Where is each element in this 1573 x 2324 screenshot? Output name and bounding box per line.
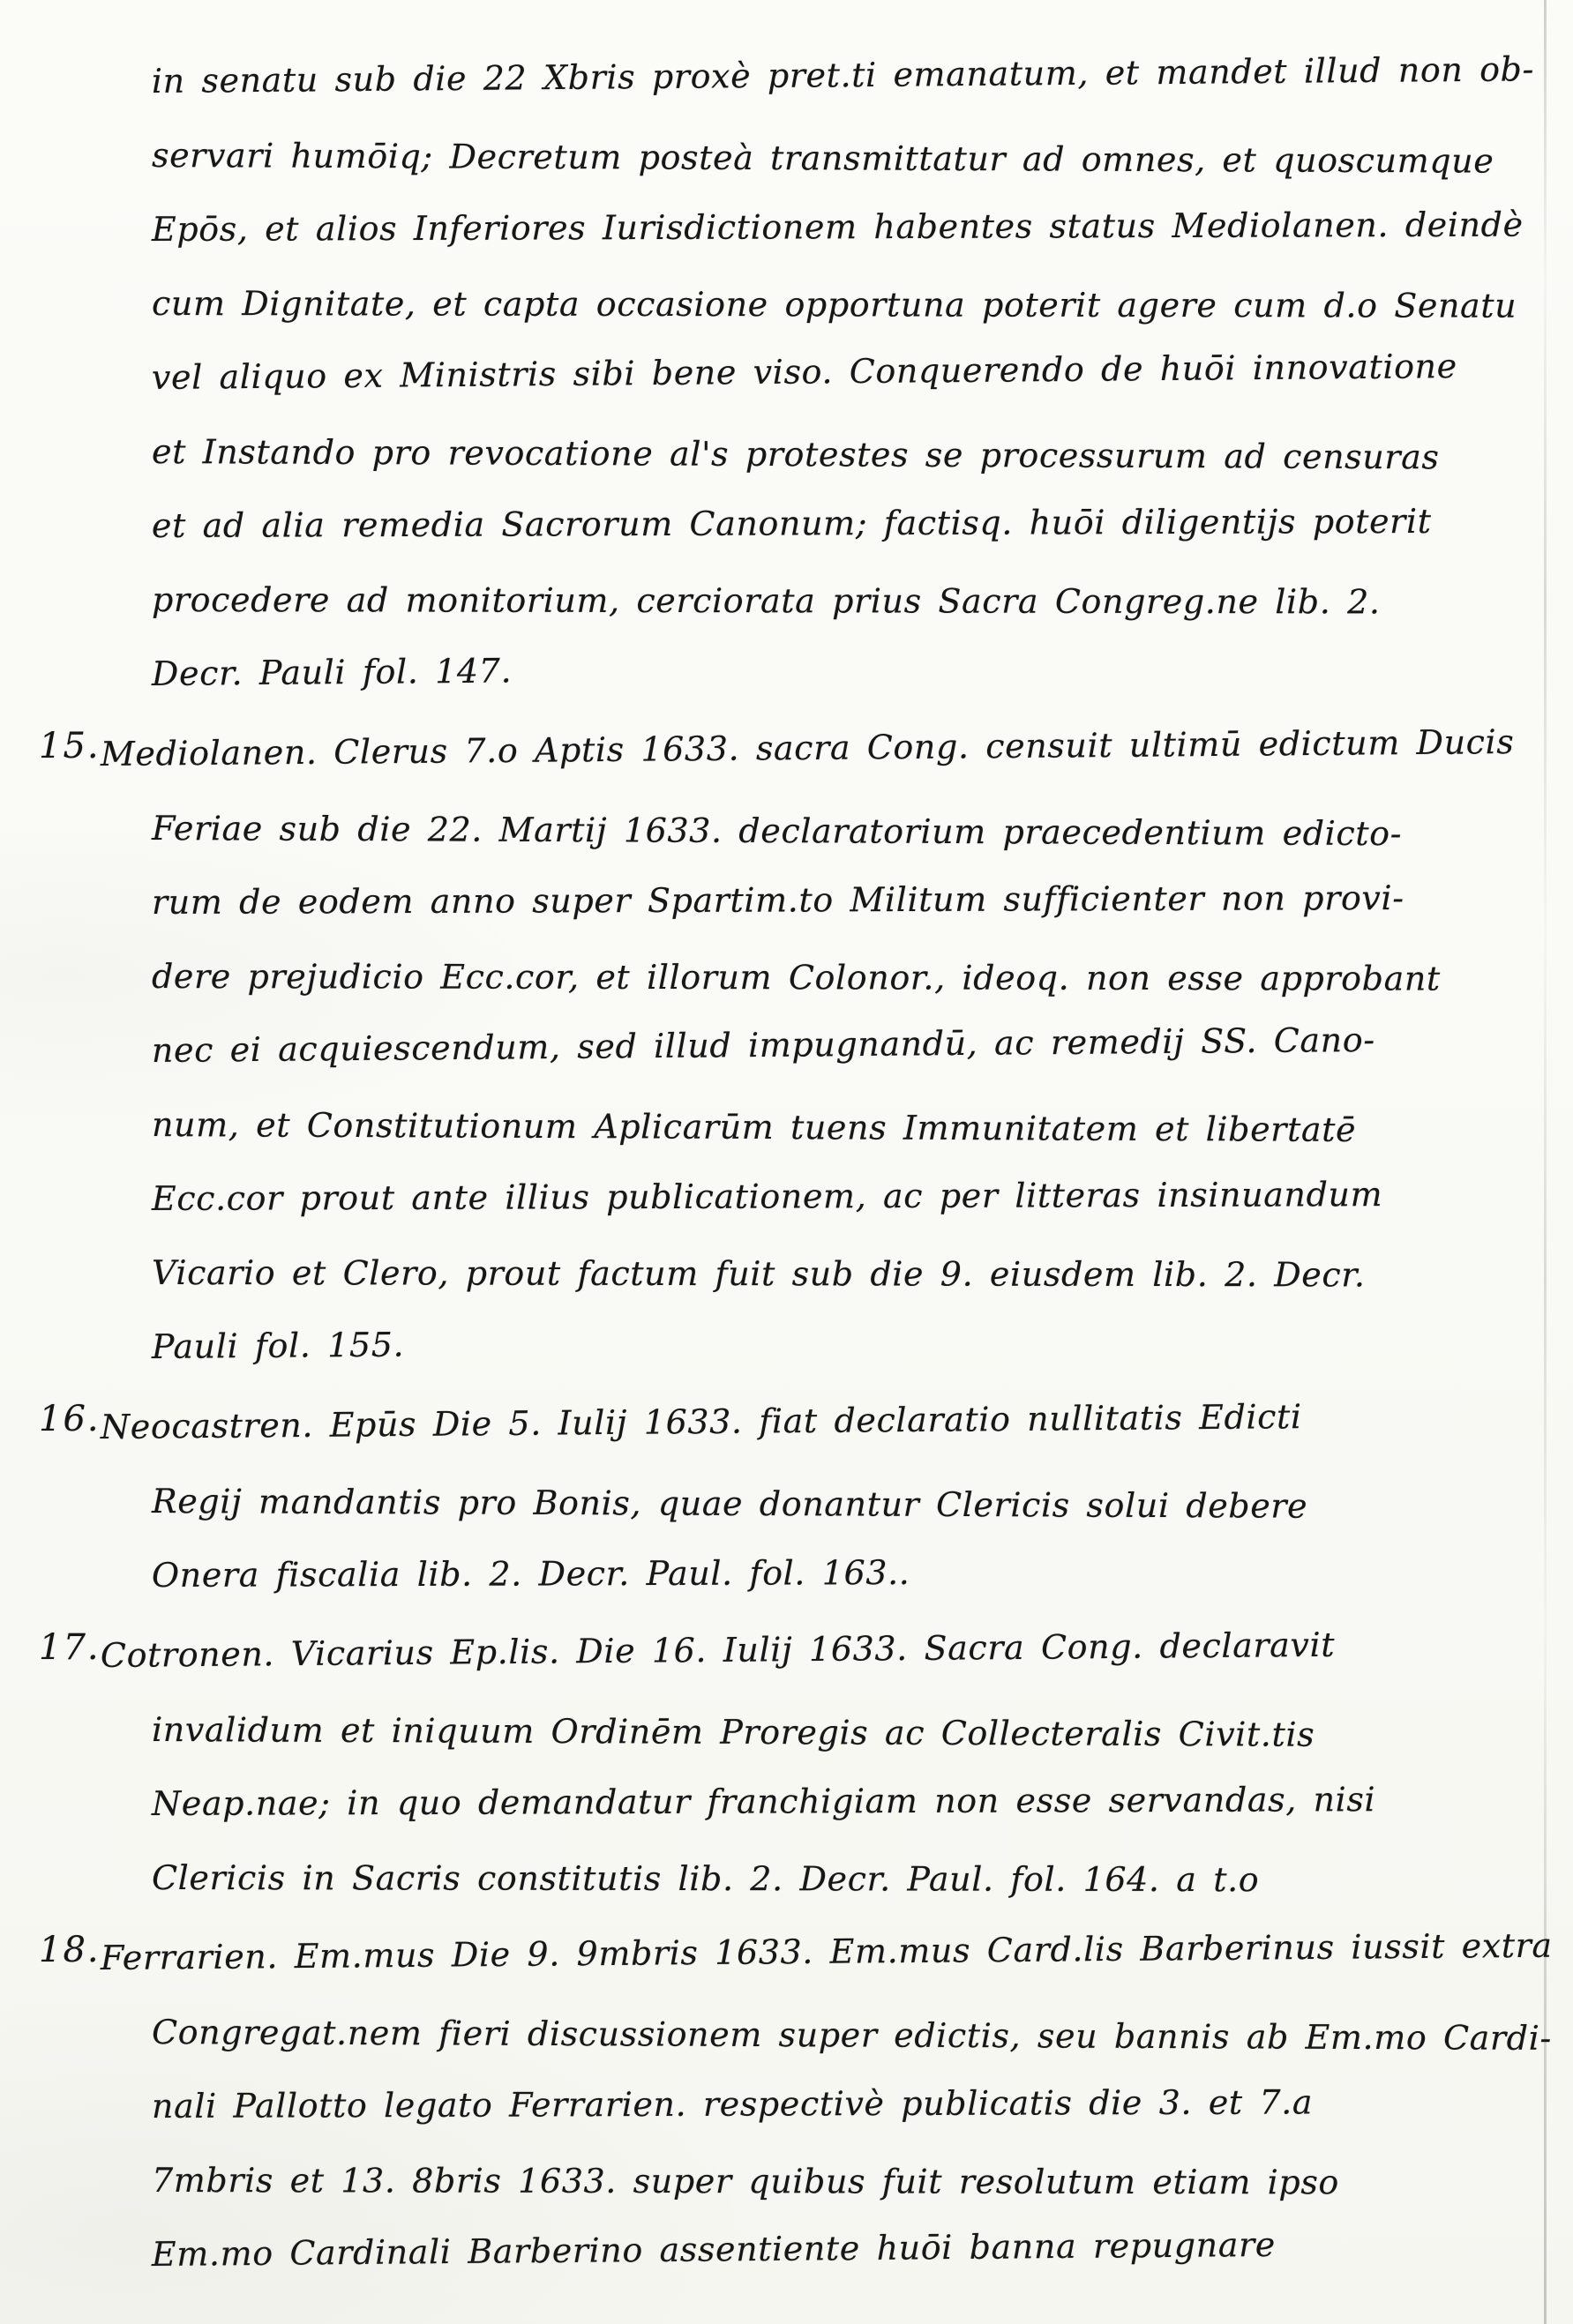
manuscript-line: Ferrarien. Em.mus Die 9. 9mbris 1633. Em… <box>101 1909 1533 1995</box>
manuscript-line: Neap.nae; in quo demandatur franchigiam … <box>152 1762 1532 1841</box>
manuscript-line: nec ei acquiescendum, sed illud impugnan… <box>152 1001 1533 1087</box>
manuscript-line: Em.mo Cardinali Barberino assentiente hu… <box>152 2205 1533 2291</box>
manuscript-line: Congregat.nem fieri discussionem super e… <box>152 1995 1532 2075</box>
manuscript-line: et Instando pro revocatione al's protest… <box>152 415 1532 495</box>
manuscript-line: rum de eodem anno super Spartim.to Milit… <box>152 861 1532 939</box>
decree-entry: 15.Mediolanen. Clerus 7.o Aptis 1633. sa… <box>0 717 1532 1384</box>
manuscript-line: Neocastren. Epūs Die 5. Iulij 1633. fiat… <box>101 1378 1533 1464</box>
manuscript-line: Mediolanen. Clerus 7.o Aptis 1633. sacra… <box>101 705 1533 791</box>
entry-lines: Ferrarien. Em.mus Die 9. 9mbris 1633. Em… <box>152 1921 1532 2291</box>
decree-entries: in senatu sub die 22 Xbris proxè pret.ti… <box>0 44 1532 2298</box>
decree-entry: in senatu sub die 22 Xbris proxè pret.ti… <box>0 44 1532 711</box>
entry-lines: Mediolanen. Clerus 7.o Aptis 1633. sacra… <box>152 717 1532 1384</box>
manuscript-line: Cotronen. Vicarius Ep.lis. Die 16. Iulij… <box>101 1606 1533 1693</box>
entry-number: 17. <box>39 1627 101 1668</box>
decree-entry: 17.Cotronen. Vicarius Ep.lis. Die 16. Iu… <box>0 1618 1532 1915</box>
entry-number: 15. <box>39 726 101 766</box>
manuscript-line: Onera fiscalia lib. 2. Decr. Paul. fol. … <box>152 1534 1532 1612</box>
manuscript-line: Regij mandantis pro Bonis, quae donantur… <box>152 1464 1532 1544</box>
entry-number: 18. <box>39 1930 101 1970</box>
manuscript-line: et ad alia remedia Sacrorum Canonum; fac… <box>152 484 1532 563</box>
manuscript-line: Feriae sub die 22. Martij 1633. declarat… <box>152 791 1532 871</box>
manuscript-line: num, et Constitutionum Aplicarūm tuens I… <box>152 1087 1532 1168</box>
entry-number: 16. <box>39 1399 101 1439</box>
decree-entry: 16.Neocastren. Epūs Die 5. Iulij 1633. f… <box>0 1390 1532 1612</box>
manuscript-line: Decr. Pauli fol. 147. <box>152 624 1533 711</box>
decree-entry: 18.Ferrarien. Em.mus Die 9. 9mbris 1633.… <box>0 1921 1532 2291</box>
entry-lines: Cotronen. Vicarius Ep.lis. Die 16. Iulij… <box>152 1618 1532 1915</box>
manuscript-line: nali Pallotto legato Ferrarien. respecti… <box>152 2065 1532 2143</box>
entry-lines: Neocastren. Epūs Die 5. Iulij 1633. fiat… <box>152 1390 1532 1612</box>
manuscript-line: servari humōiq; Decretum posteà transmit… <box>152 118 1532 198</box>
manuscript-line: Ecc.cor prout ante illius publicationem,… <box>152 1157 1532 1236</box>
manuscript-line: Epōs, et alios Inferiores Iurisdictionem… <box>152 188 1532 266</box>
entry-lines: in senatu sub die 22 Xbris proxè pret.ti… <box>152 44 1532 711</box>
manuscript-line: Clericis in Sacris constitutis lib. 2. D… <box>152 1841 1532 1917</box>
manuscript-line: in senatu sub die 22 Xbris proxè pret.ti… <box>152 32 1533 118</box>
manuscript-line: vel aliquo ex Ministris sibi bene viso. … <box>152 328 1533 415</box>
page-edge-line <box>1544 0 1547 2324</box>
manuscript-line: invalidum et iniquum Ordinēm Proregis ac… <box>152 1693 1532 1773</box>
manuscript-line: Pauli fol. 155. <box>152 1297 1533 1384</box>
manuscript-page: in senatu sub die 22 Xbris proxè pret.ti… <box>0 0 1573 2324</box>
